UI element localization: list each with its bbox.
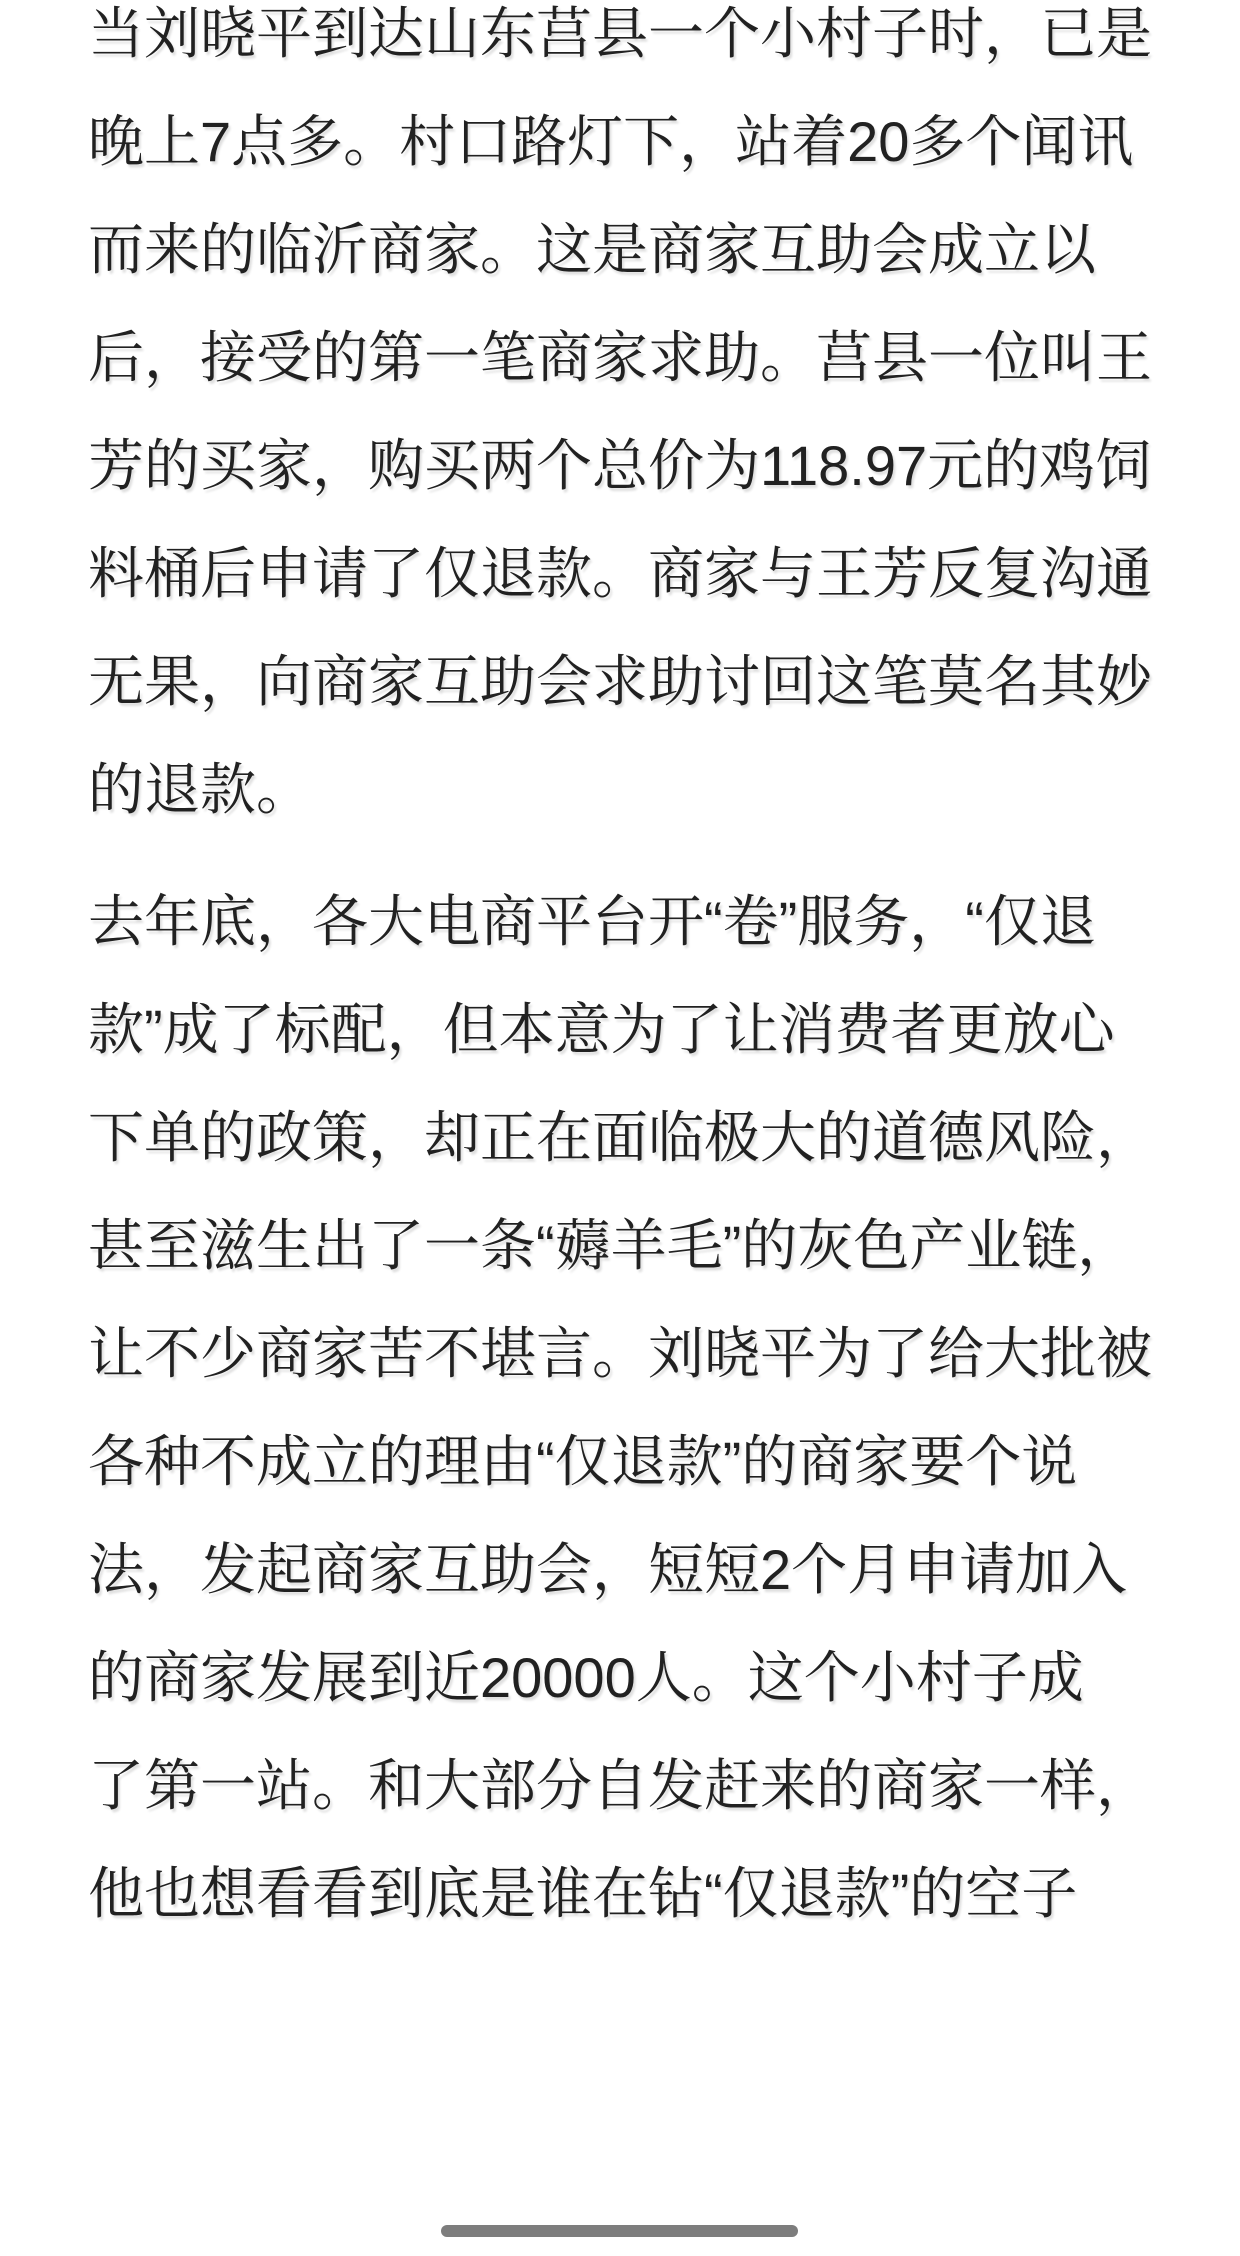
text-line: 晚上7点多。村口路灯下，站着20多个闻讯 (88, 88, 1152, 196)
text-line: 去年底，各大电商平台开“卷”服务，“仅退 (88, 868, 1152, 976)
text-line: 的退款。 (88, 736, 1152, 844)
text-line: 而来的临沂商家。这是商家互助会成立以 (88, 196, 1152, 304)
text-line: 当刘晓平到达山东莒县一个小村子时，已是 (88, 0, 1152, 88)
text-line: 的商家发展到近20000人。这个小村子成 (88, 1624, 1152, 1732)
text-line: 款”成了标配，但本意为了让消费者更放心 (88, 976, 1152, 1084)
text-line: 下单的政策，却正在面临极大的道德风险， (88, 1084, 1152, 1192)
text-line: 各种不成立的理由“仅退款”的商家要个说 (88, 1408, 1152, 1516)
article-body: 当刘晓平到达山东莒县一个小村子时，已是晚上7点多。村口路灯下，站着20多个闻讯而… (88, 0, 1152, 1972)
text-line: 芳的买家，购买两个总价为118.97元的鸡饲 (88, 412, 1152, 520)
text-line: 后，接受的第一笔商家求助。莒县一位叫王 (88, 304, 1152, 412)
text-line: 了第一站。和大部分自发赶来的商家一样， (88, 1732, 1152, 1840)
paragraph: 当刘晓平到达山东莒县一个小村子时，已是晚上7点多。村口路灯下，站着20多个闻讯而… (88, 0, 1152, 844)
paragraph: 去年底，各大电商平台开“卷”服务，“仅退款”成了标配，但本意为了让消费者更放心下… (88, 868, 1152, 1948)
text-line: 甚至滋生出了一条“薅羊毛”的灰色产业链， (88, 1192, 1152, 1300)
text-line: 料桶后申请了仅退款。商家与王芳反复沟通 (88, 520, 1152, 628)
text-line: 无果，向商家互助会求助讨回这笔莫名其妙 (88, 628, 1152, 736)
text-line: 让不少商家苦不堪言。刘晓平为了给大批被 (88, 1300, 1152, 1408)
text-line: 法，发起商家互助会，短短2个月申请加入 (88, 1516, 1152, 1624)
text-line: 他也想看看到底是谁在钻“仅退款”的空子 (88, 1840, 1152, 1948)
home-indicator[interactable] (441, 2225, 798, 2237)
